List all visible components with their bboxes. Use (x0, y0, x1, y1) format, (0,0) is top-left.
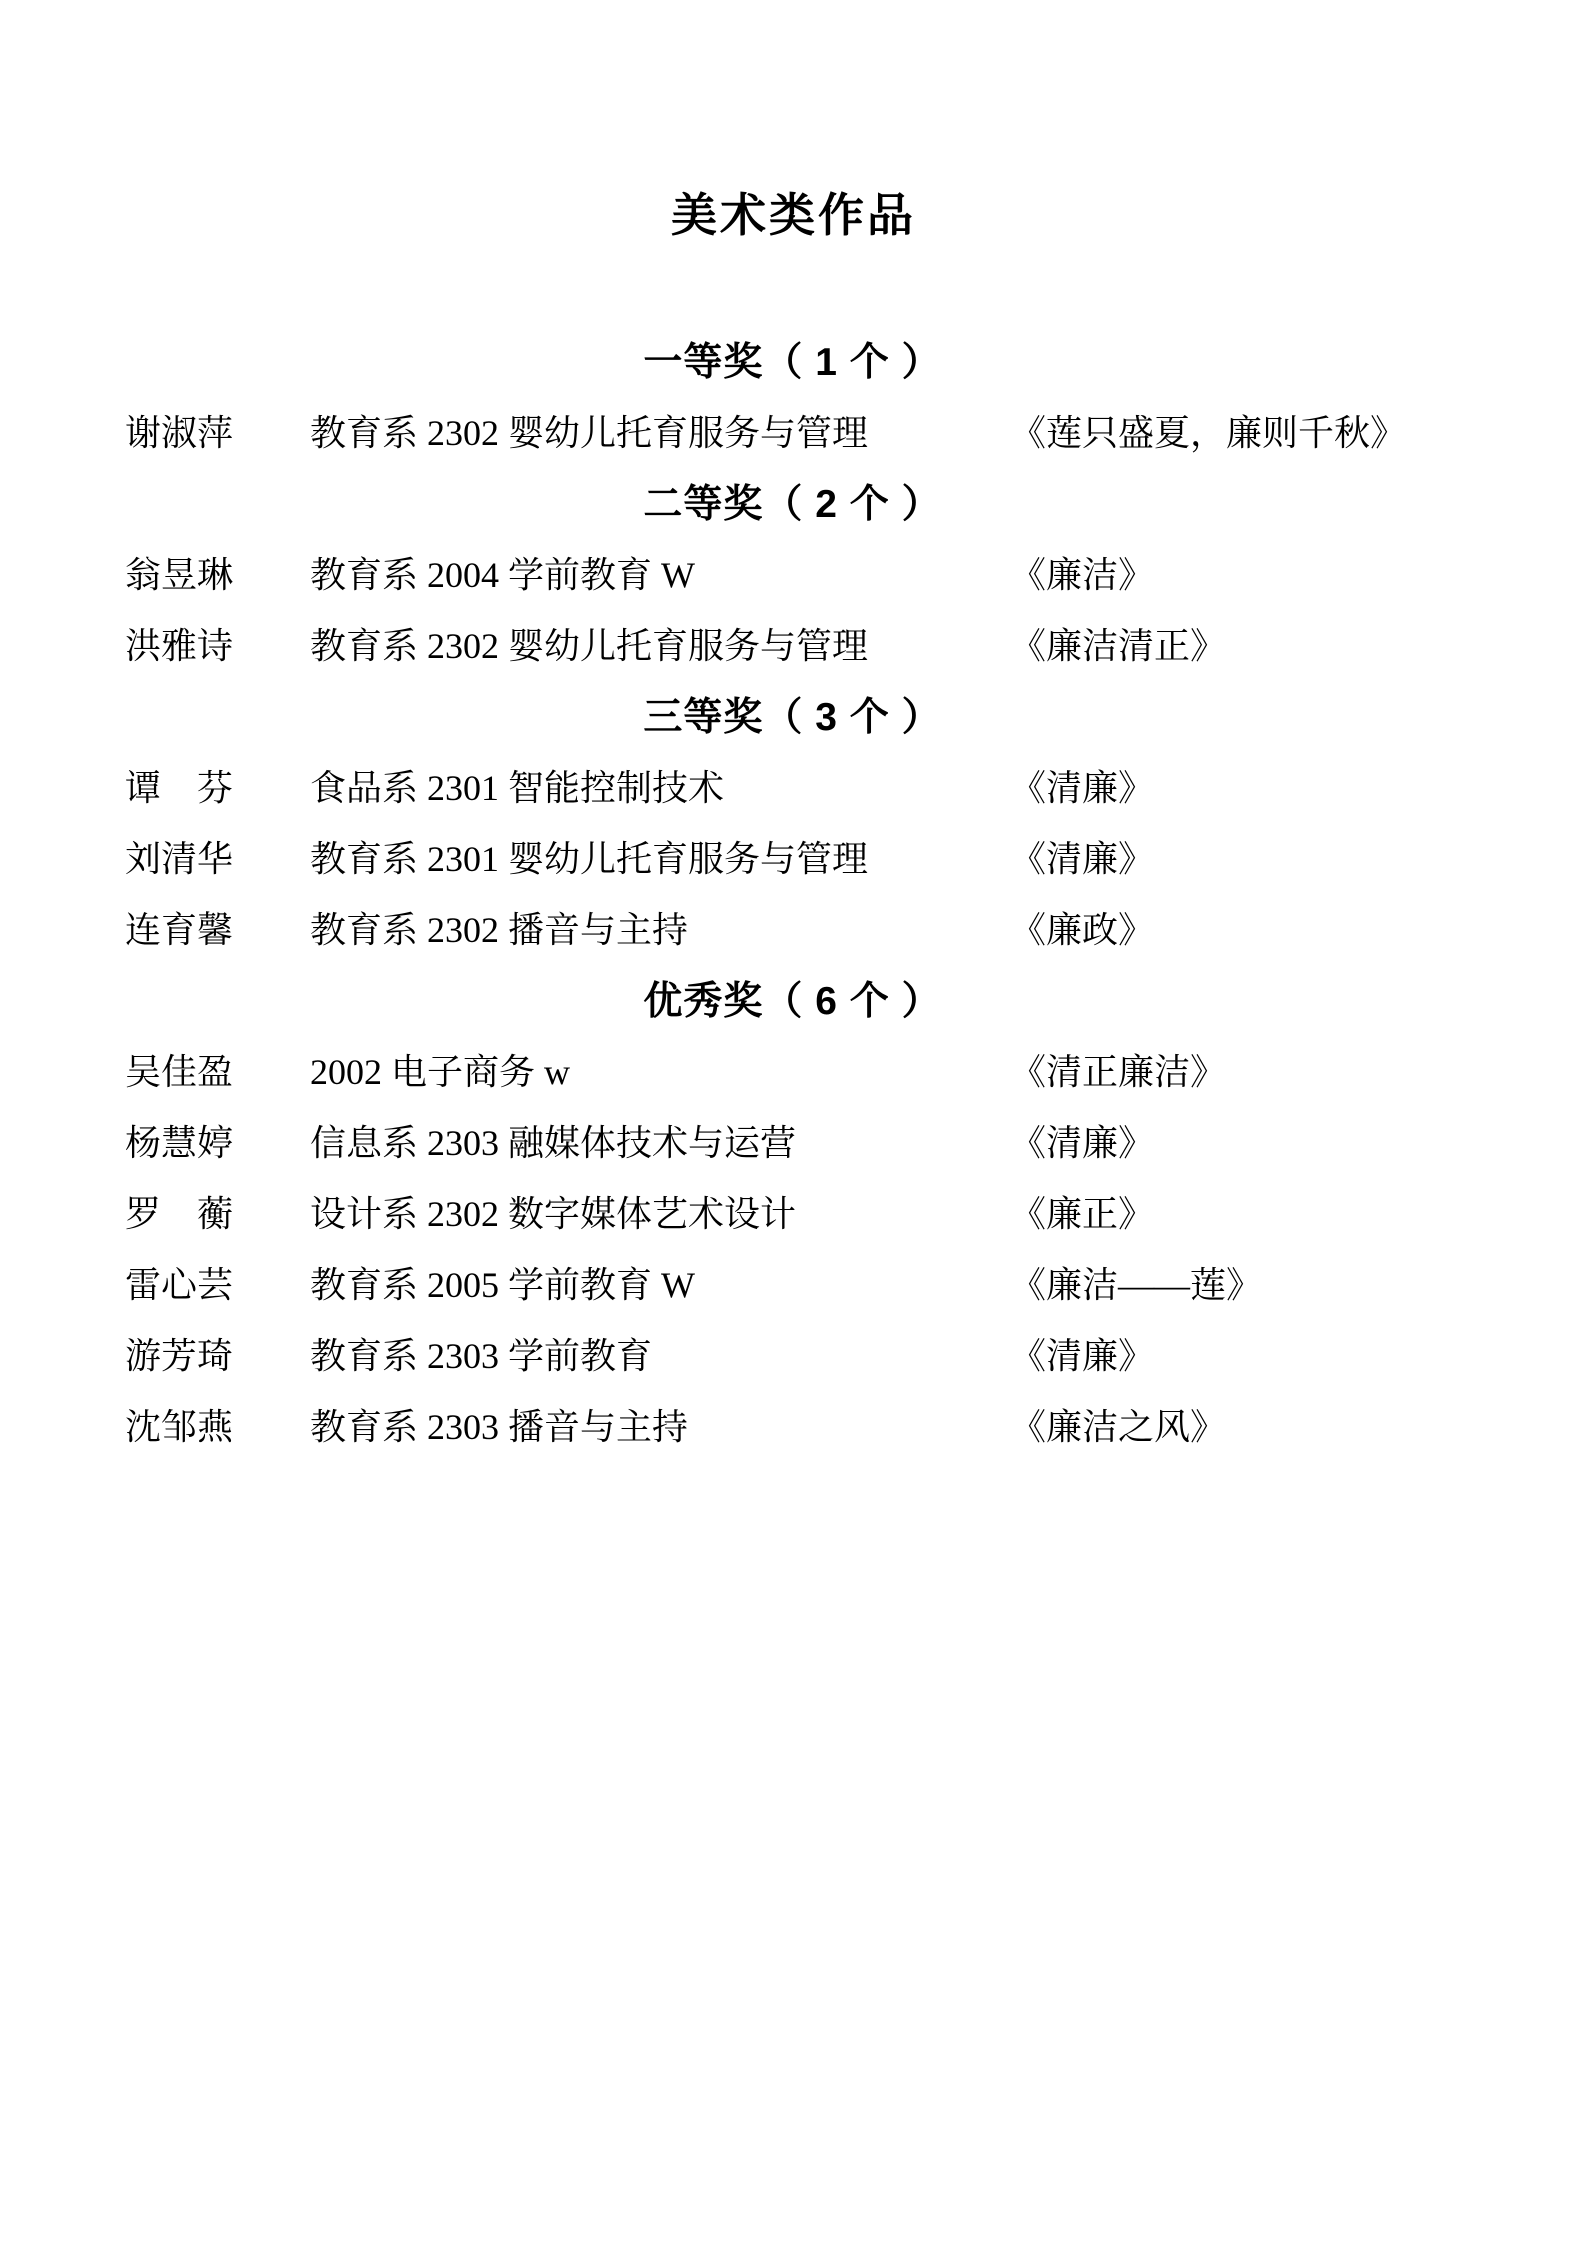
work-title: 《莲只盛夏，廉则千秋》 (1010, 398, 1460, 469)
work-title: 《廉洁清正》 (1010, 611, 1460, 682)
winner-name: 翁昱琳 (125, 540, 310, 611)
work-title: 《廉政》 (1010, 895, 1460, 966)
award-row: 雷心芸教育系 2005 学前教育 W《廉洁——莲》 (125, 1250, 1460, 1321)
award-row: 翁昱琳教育系 2004 学前教育 W《廉洁》 (125, 540, 1460, 611)
award-row: 罗 蘅设计系 2302 数字媒体艺术设计《廉正》 (125, 1179, 1460, 1250)
winner-name: 谢淑萍 (125, 398, 310, 469)
winner-class: 设计系 2302 数字媒体艺术设计 (310, 1179, 1010, 1250)
work-title: 《廉洁》 (1010, 540, 1460, 611)
winner-name: 雷心芸 (125, 1250, 310, 1321)
winner-name: 谭 芬 (125, 753, 310, 824)
winner-name: 杨慧婷 (125, 1108, 310, 1179)
winner-class: 教育系 2302 婴幼儿托育服务与管理 (310, 398, 1010, 469)
award-row: 沈邹燕教育系 2303 播音与主持《廉洁之风》 (125, 1392, 1460, 1463)
work-title: 《清廉》 (1010, 753, 1460, 824)
winner-name: 洪雅诗 (125, 611, 310, 682)
award-row: 吴佳盈2002 电子商务 w《清正廉洁》 (125, 1037, 1460, 1108)
winner-class: 教育系 2303 学前教育 (310, 1321, 1010, 1392)
award-row: 谢淑萍教育系 2302 婴幼儿托育服务与管理《莲只盛夏，廉则千秋》 (125, 398, 1460, 469)
winner-name: 罗 蘅 (125, 1179, 310, 1250)
winner-name: 刘清华 (125, 824, 310, 895)
winner-class: 教育系 2005 学前教育 W (310, 1250, 1010, 1321)
work-title: 《廉正》 (1010, 1179, 1460, 1250)
winner-class: 教育系 2302 婴幼儿托育服务与管理 (310, 611, 1010, 682)
section-heading: 优秀奖（ 6 个 ） (125, 966, 1460, 1037)
document-page: 美术类作品 一等奖（ 1 个 ）谢淑萍教育系 2302 婴幼儿托育服务与管理《莲… (0, 0, 1587, 2245)
work-title: 《清廉》 (1010, 1108, 1460, 1179)
work-title: 《清廉》 (1010, 824, 1460, 895)
work-title: 《清廉》 (1010, 1321, 1460, 1392)
winner-name: 吴佳盈 (125, 1037, 310, 1108)
award-row: 杨慧婷信息系 2303 融媒体技术与运营《清廉》 (125, 1108, 1460, 1179)
winner-class: 食品系 2301 智能控制技术 (310, 753, 1010, 824)
document-title: 美术类作品 (0, 188, 1587, 243)
winner-class: 教育系 2302 播音与主持 (310, 895, 1010, 966)
winner-class: 教育系 2301 婴幼儿托育服务与管理 (310, 824, 1010, 895)
work-title: 《廉洁之风》 (1010, 1392, 1460, 1463)
section-heading: 三等奖（ 3 个 ） (125, 682, 1460, 753)
winner-class: 2002 电子商务 w (310, 1037, 1010, 1108)
award-row: 谭 芬食品系 2301 智能控制技术《清廉》 (125, 753, 1460, 824)
work-title: 《廉洁——莲》 (1010, 1250, 1460, 1321)
award-row: 连育馨教育系 2302 播音与主持《廉政》 (125, 895, 1460, 966)
award-row: 游芳琦教育系 2303 学前教育《清廉》 (125, 1321, 1460, 1392)
winner-name: 沈邹燕 (125, 1392, 310, 1463)
work-title: 《清正廉洁》 (1010, 1037, 1460, 1108)
award-row: 刘清华教育系 2301 婴幼儿托育服务与管理《清廉》 (125, 824, 1460, 895)
award-row: 洪雅诗教育系 2302 婴幼儿托育服务与管理《廉洁清正》 (125, 611, 1460, 682)
winner-class: 教育系 2004 学前教育 W (310, 540, 1010, 611)
winner-class: 教育系 2303 播音与主持 (310, 1392, 1010, 1463)
section-heading: 一等奖（ 1 个 ） (125, 327, 1460, 398)
awards-list: 一等奖（ 1 个 ）谢淑萍教育系 2302 婴幼儿托育服务与管理《莲只盛夏，廉则… (125, 327, 1460, 1463)
section-heading: 二等奖（ 2 个 ） (125, 469, 1460, 540)
winner-name: 连育馨 (125, 895, 310, 966)
winner-name: 游芳琦 (125, 1321, 310, 1392)
winner-class: 信息系 2303 融媒体技术与运营 (310, 1108, 1010, 1179)
